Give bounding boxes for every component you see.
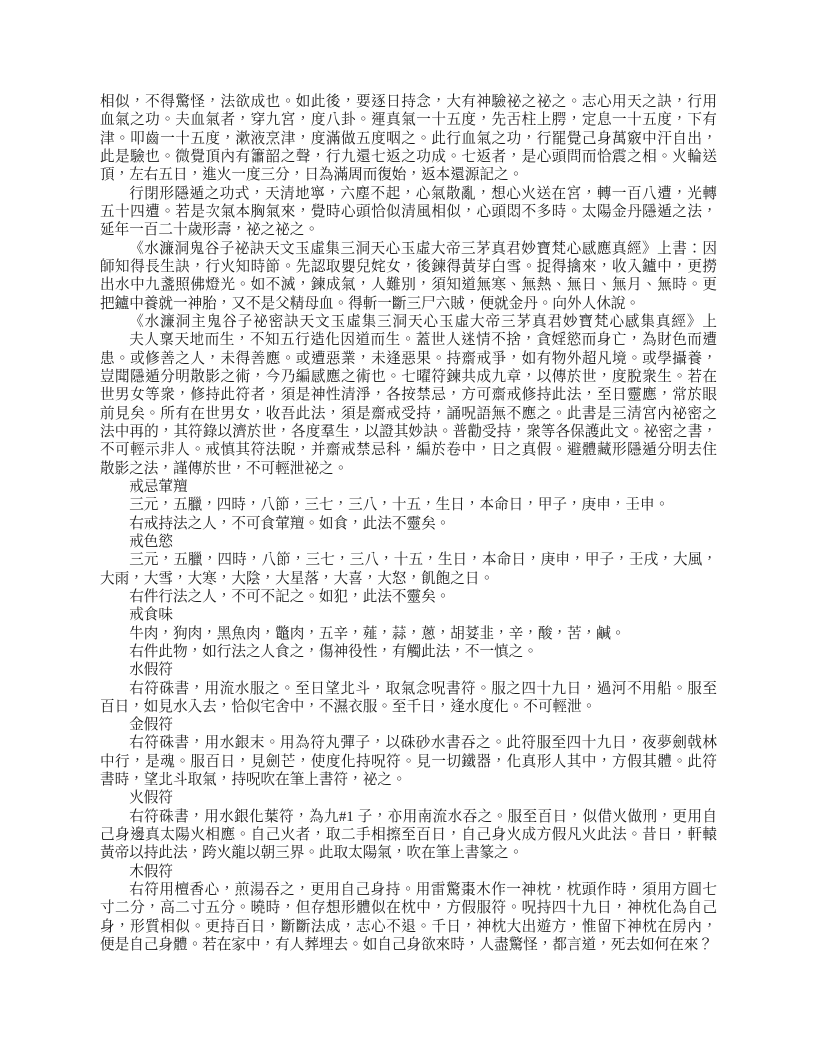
- text-line: 相似，不得驚怪，法欲成也。如此後，要逐日持念，大有神驗祕之祕之。志心用天之訣，行…: [100, 93, 717, 111]
- text-line: 世男女等衆，修持此符者，須是神性清淨，各按禁忌，方可齋戒修持此法，至日靈應，常於…: [100, 386, 717, 404]
- text-line: 不可輕示非人。戒慎其符法睨，并齋戒禁忌科，編於卷中，日之真假。避體藏形隱遁分明去…: [100, 441, 717, 459]
- text-line: 患。或修善之人，未得善應。或遭惡業，未逢惡果。持齋戒爭，如有物外超凡境。或學攝養…: [100, 350, 717, 368]
- text-line: 戒食味: [100, 606, 717, 624]
- text-line: 豈聞隱遁分明散影之術，今乃編感應之術也。七曜符鍊共成九章，以傳於世，度脫衆生。若…: [100, 368, 717, 386]
- text-line: 右符硃書，用水銀化葉符，為九#1 子，亦用南流水吞之。服至百日，似借火做刑，更用…: [100, 808, 717, 826]
- text-line: 散影之法，謹傳於世，不可輕泄祕之。: [100, 460, 717, 478]
- text-line: 《水濂洞鬼谷子祕訣天文玉虛集三洞天心玉虛大帝三茅真君妙寶梵心感應真經》上書：因: [100, 240, 717, 258]
- text-line: 行閉形隱遁之功式，天清地寧，六塵不起，心氣散亂，想心火送在宮，轉一百八遭，光轉: [100, 185, 717, 203]
- text-line: 戒忌葷羶: [100, 478, 717, 496]
- text-line: 右戒持法之人，不可食葷羶。如食，此法不靈矣。: [100, 515, 717, 533]
- text-line: 戒色慾: [100, 533, 717, 551]
- text-line: 己身邊真太陽火相應。自己火者，取二手相擦至百日，自己身火成方假凡火此法。昔日，軒…: [100, 826, 717, 844]
- text-line: 大雨，大雪，大寒，大陰，大星落，大喜，大怒，飢飽之日。: [100, 570, 717, 588]
- text-line: 《水濂洞主鬼谷子祕密訣天文玉虛集三洞天心玉虛大帝三茅真君妙寶梵心感集真經》上: [100, 313, 717, 331]
- text-line: 黃帝以持此法，跨火龍以朝三界。此取太陽氣，吹在筆上書篆之。: [100, 844, 717, 862]
- text-line: 水假符: [100, 661, 717, 679]
- document-page: 相似，不得驚怪，法欲成也。如此後，要逐日持念，大有神驗祕之祕之。志心用天之訣，行…: [0, 0, 816, 1056]
- text-line: 百日，如見水入去，恰似宅舍中，不濕衣服。至千日，逢水度化。不可輕泄。: [100, 698, 717, 716]
- text-line: 右符用檀香心，煎湯吞之，更用自己身持。用雷驚棗木作一神枕，枕頭作時，須用方圓七: [100, 881, 717, 899]
- text-line: 身，形質相似。更持百日，斷斷法成，志心不退。千日，神枕大出遊方，惟留下神枕在房內…: [100, 918, 717, 936]
- text-line: 火假符: [100, 789, 717, 807]
- text-line: 把鑪中養就一神胎，又不是父精母血。得斬一斷三尸六賊，便就金丹。向外人休說。: [100, 295, 717, 313]
- text-line: 右件行法之人，不可不記之。如犯，此法不靈矣。: [100, 588, 717, 606]
- text-line: 金假符: [100, 716, 717, 734]
- text-line: 津。叩齒一十五度，漱液烹津，度滿做五度咽之。此行血氣之功，行罷覺己身萬竅中汗自出…: [100, 130, 717, 148]
- text-line: 延年一百二十歲形壽，祕之祕之。: [100, 221, 717, 239]
- text-line: 右符硃書，用流水服之。至日望北斗，取氣念呪書符。服之四十九日，過河不用船。服至: [100, 680, 717, 698]
- text-line: 木假符: [100, 863, 717, 881]
- text-line: 三元，五臘，四時，八節，三七，三八，十五，生日，本命日，庚申，甲子，壬戌，大風，: [100, 551, 717, 569]
- text-line: 出水中九盞照佛燈光。如不滅，鍊成氣，人難別，須知道無寒、無熱、無日、無月、無時。…: [100, 276, 717, 294]
- text-line: 五十四遭。若是次氣本胸氣來，覺時心頭恰似清風相似，心頭悶不多時。太陽金丹隱遁之法…: [100, 203, 717, 221]
- text-line: 師知得長生訣，行火知時節。先認取嬰兒姹女，後鍊得黃芽白雪。捉得擒來，收入鑪中，更…: [100, 258, 717, 276]
- text-line: 血氣之功。夫血氣者，穿九宮，度八卦。運真氣一十五度，先舌柱上腭，定息一十五度，下…: [100, 111, 717, 129]
- text-line: 牛肉，狗肉，黑魚肉，鼈肉，五辛，薤，蒜，蔥，胡荽韭，辛，酸，苦，鹹。: [100, 625, 717, 643]
- text-line: 法中再的，其符錄以濟於世，各度羣生，以證其妙訣。普勸受持，衆等各保護此文。祕密之…: [100, 423, 717, 441]
- text-line: 前見矣。所有在世男女，收吾此法，須是齋戒受持，誦呪語無不應之。此書是三清宮內祕密…: [100, 405, 717, 423]
- text-line: 寸二分，高二寸五分。曉時，但存想形體似在枕中，方假服符。呪持四十九日，神枕化為自…: [100, 899, 717, 917]
- text-line: 三元，五臘，四時，八節，三七，三八，十五，生日，本命日，甲子，庚申，壬申。: [100, 496, 717, 514]
- text-line: 頂，左右五日，進火一度三分，日為滿周而復始，返本還源記之。: [100, 166, 717, 184]
- text-line: 右符硃書，用水銀末。用為符丸彈子，以硃砂水書吞之。此符服至四十九日，夜夢劍戟林: [100, 734, 717, 752]
- text-line: 右件此物，如行法之人食之，傷神役性，有觸此法，不一慎之。: [100, 643, 717, 661]
- text-line: 夫人稟天地而生，不知五行造化因道而生。蓋世人迷情不捨，貪婬慾而身亡，為財色而遭: [100, 331, 717, 349]
- text-line: 便是自己身體。若在家中，有人葬埋去。如自己身欲來時，人盡驚怪，都言道，死去如何在…: [100, 936, 717, 954]
- text-line: 此是驗也。微覺頂內有簫韶之聲，行九還七返之功成。七返者，是心頭問而恰震之相。火輪…: [100, 148, 717, 166]
- text-block: 相似，不得驚怪，法欲成也。如此後，要逐日持念，大有神驗祕之祕之。志心用天之訣，行…: [100, 93, 717, 954]
- text-line: 書時，望北斗取氣，持呪吹在筆上書符，祕之。: [100, 771, 717, 789]
- text-line: 中行，是魂。服百日，見劍芒，使度化持呪符。見一切鐵器，化真形人其中，方假其體。此…: [100, 753, 717, 771]
